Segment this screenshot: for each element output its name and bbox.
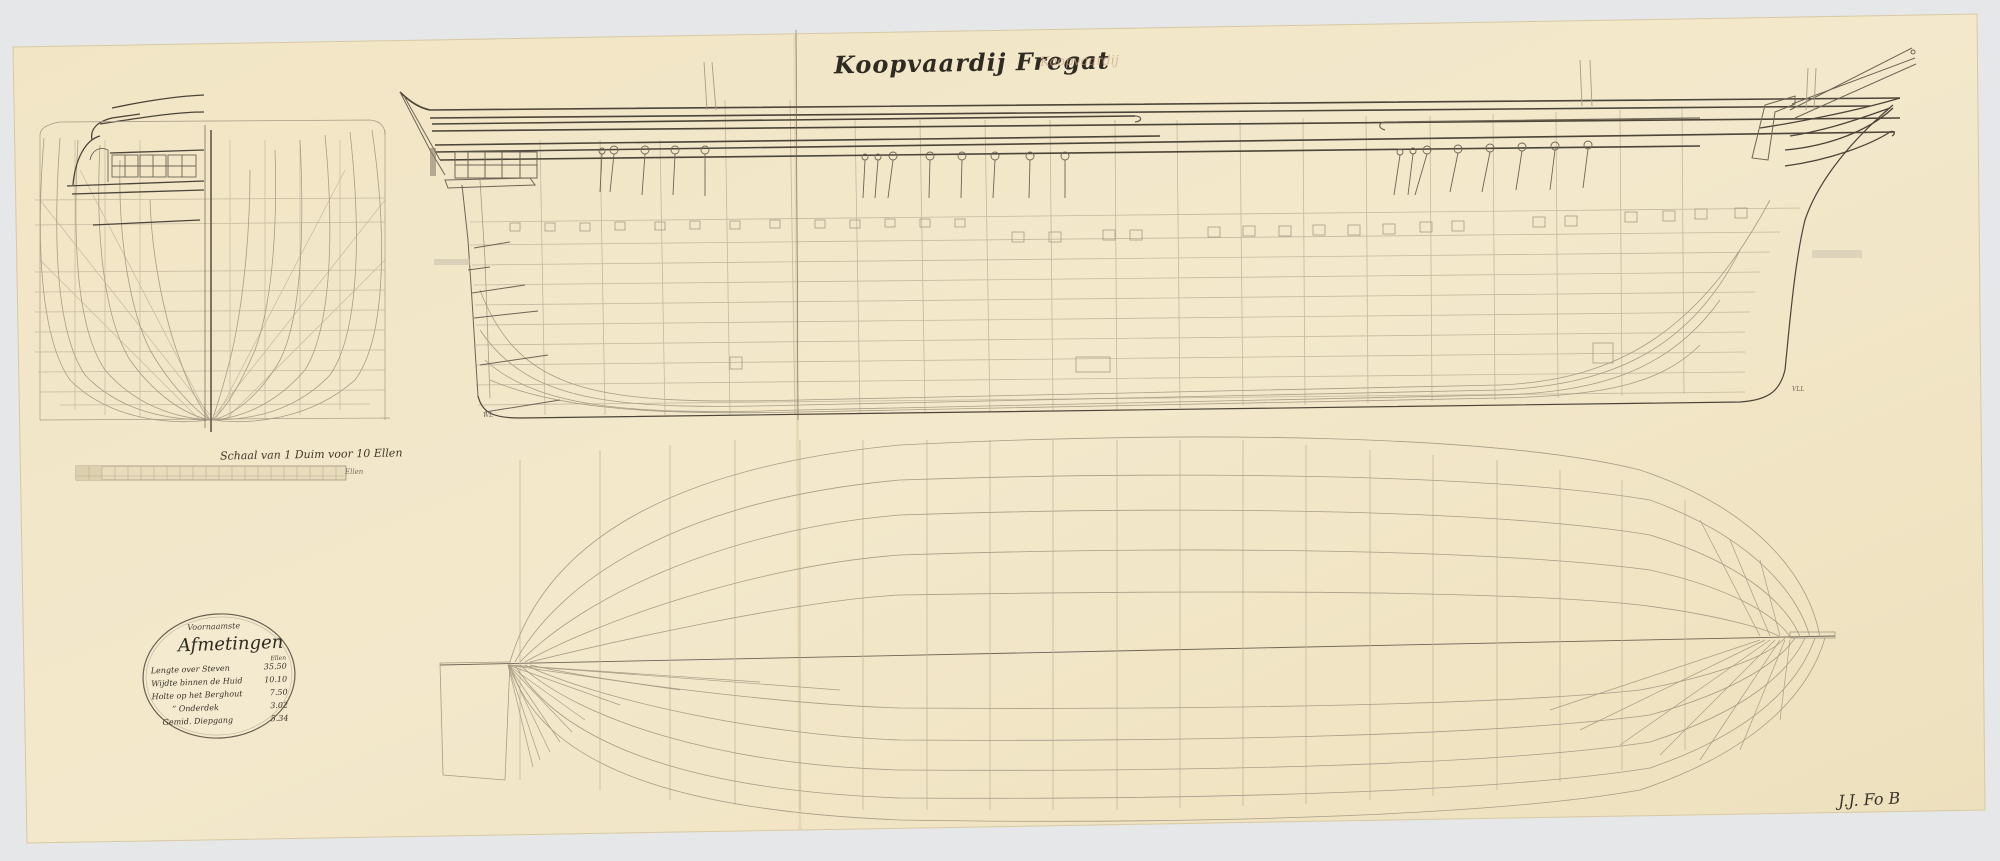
- dimension-value: 35.50: [264, 662, 287, 672]
- cartouche-row: ” Onderdek 3.02: [152, 701, 288, 715]
- ship-plan-drawing: [0, 0, 2000, 861]
- scale-bar: [76, 466, 346, 480]
- cartouche-row: Wijdte binnen de Huid 10.10: [151, 675, 287, 689]
- dimension-label: Wijdte binnen de Huid: [151, 676, 243, 688]
- dimension-value: 5.34: [271, 714, 289, 724]
- cartouche-row: Lengte over Steven 35.50: [151, 662, 287, 676]
- signature: J.J. Fo B: [1838, 788, 1901, 810]
- cartouche-heading: Afmetingen: [178, 632, 284, 657]
- dimension-label: Lengte over Steven: [151, 664, 230, 676]
- dimension-value: 7.50: [270, 688, 288, 698]
- dimension-value: 3.02: [270, 701, 288, 711]
- dimension-label: Gemid. Diepgang: [162, 716, 233, 727]
- cartouche-heading-small: Voornaamste: [187, 621, 240, 632]
- cartouche-row: Holte op het Berghout 7.50: [152, 688, 288, 702]
- cartouche-row: Gemid. Diepgang 5.34: [152, 714, 288, 728]
- dimension-value: 10.10: [264, 675, 287, 685]
- cartouche: Voornaamste Afmetingen Ellen Lengte over…: [141, 609, 297, 742]
- dimension-label: Holte op het Berghout: [152, 689, 243, 701]
- stern-station-mark: WL: [483, 412, 493, 419]
- bow-station-mark: VLL: [1792, 386, 1804, 393]
- scale-unit-label: Ellen: [345, 468, 363, 476]
- drawing-title-ghost: Koopvaardij: [1040, 53, 1119, 69]
- dimension-label: ” Onderdek: [172, 703, 219, 714]
